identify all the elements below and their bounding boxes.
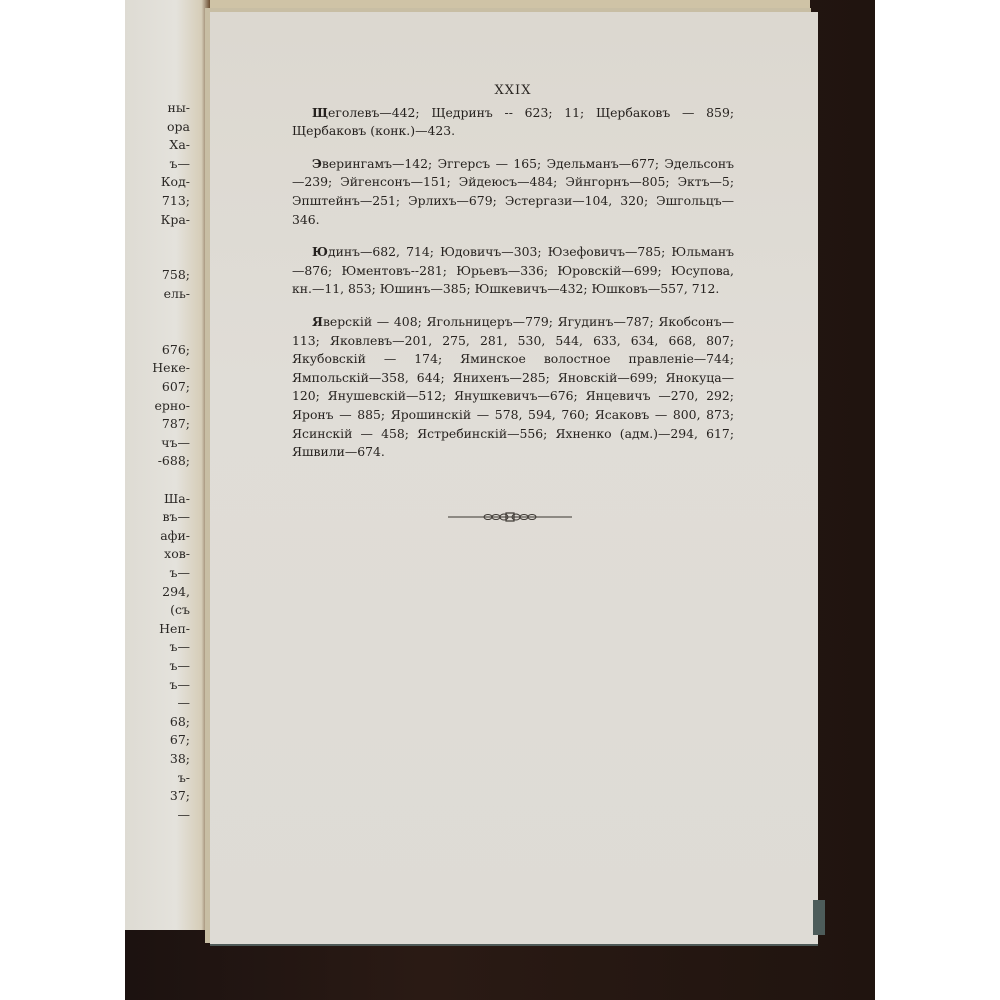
section-lead-letter: Ю (312, 244, 328, 259)
section-text: верскій — 408; Ягольницеръ—779; Ягудинъ—… (292, 314, 734, 459)
left-page-text-fragment: чъ— (161, 435, 190, 450)
left-page-text-fragment: Неп- (159, 621, 190, 636)
left-page-text-fragment: — (178, 695, 191, 710)
left-page-text-fragment: 67; (170, 732, 190, 747)
left-page-text-fragment: ъ— (170, 677, 190, 692)
left-page: ны-ораХа-ъ—Код-713;Кра-758;ель-676;Неке-… (125, 0, 210, 930)
left-page-text-fragment: ъ— (170, 639, 190, 654)
section-lead-letter: Щ (312, 105, 328, 120)
left-page-text-fragment: афи- (160, 528, 190, 543)
left-page-text-fragment: Ха- (169, 137, 190, 152)
left-page-text-fragment: хов- (164, 546, 190, 561)
left-page-text-fragment: 787; (162, 416, 190, 431)
cover-green-edge (813, 900, 825, 935)
left-page-text-fragment: ерно- (155, 398, 190, 413)
index-section-ya: Яверскій — 408; Ягольницеръ—779; Ягудинъ… (292, 313, 734, 462)
section-text: еголевъ—442; Щедринъ -- 623; 11; Щербако… (292, 105, 734, 139)
left-page-text-fragment: Код- (161, 174, 190, 189)
section-text: верингамъ—142; Эггерсъ — 165; Эдельманъ—… (292, 156, 734, 227)
left-page-text-fragment: ора (167, 119, 190, 134)
index-section-yu: Юдинъ—682, 714; Юдовичъ—303; Юзефовичъ—7… (292, 243, 734, 299)
index-section-shch: Щеголевъ—442; Щедринъ -- 623; 11; Щербак… (292, 104, 734, 141)
left-page-text-fragment: (съ (170, 602, 190, 617)
section-lead-letter: Э (312, 156, 322, 171)
left-page-text-fragment: Ша- (164, 491, 190, 506)
background-right (875, 0, 1000, 1000)
left-page-text-fragment: 758; (162, 267, 190, 282)
section-text: динъ—682, 714; Юдовичъ—303; Юзефовичъ—78… (292, 244, 734, 296)
left-page-text-fragment: 37; (170, 788, 190, 803)
left-page-text-fragment: ъ— (170, 658, 190, 673)
index-content: XXIX Щеголевъ—442; Щедринъ -- 623; 11; Щ… (292, 82, 734, 476)
left-page-text-fragment: 294, (162, 584, 190, 599)
page-number: XXIX (292, 82, 734, 101)
index-section-e: Эверингамъ—142; Эггерсъ — 165; Эдельманъ… (292, 155, 734, 229)
left-page-text-fragment: ель- (164, 286, 190, 301)
ornament-divider-icon (448, 510, 572, 524)
left-page-text-fragment: въ— (163, 509, 191, 524)
left-page-text-fragment: Кра- (161, 212, 190, 227)
left-page-text-fragment: 676; (162, 342, 190, 357)
left-page-text-fragment: ъ— (170, 565, 190, 580)
left-page-text-fragment: 713; (162, 193, 190, 208)
left-page-text-fragment: 607; (162, 379, 190, 394)
left-page-text-fragment: Неке- (152, 360, 190, 375)
left-page-text-fragment: ъ- (178, 770, 190, 785)
left-page-text-fragment: ъ— (170, 156, 190, 171)
left-page-text-fragment: 68; (170, 714, 190, 729)
left-page-text-fragment: -688; (158, 453, 190, 468)
left-page-text-fragment: — (178, 807, 191, 822)
left-page-text-fragment: ны- (167, 100, 190, 115)
section-lead-letter: Я (312, 314, 323, 329)
background-left (0, 0, 125, 1000)
left-page-text-fragment: 38; (170, 751, 190, 766)
